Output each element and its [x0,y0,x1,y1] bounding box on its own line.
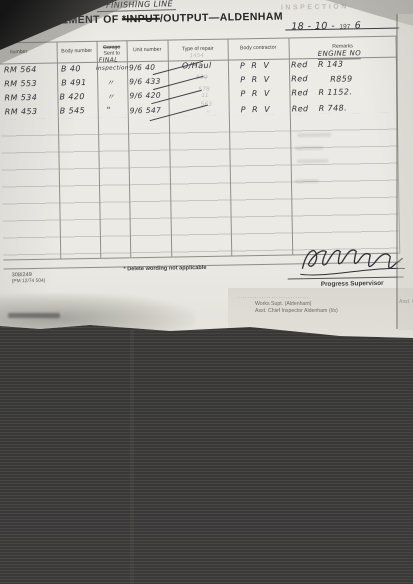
row-sent-to: inspection [96,65,129,72]
handwritten-year-digit: 6 [355,20,362,31]
col-header-unit-number: Unit number [126,40,167,62]
row-remark-red: Red [291,74,308,83]
struck-word-input: *INPUT [122,13,160,26]
right-paper-edge-line [396,14,398,329]
row-contractor: P R V [240,61,271,71]
show-through-smudge [297,133,331,138]
scanned-document-view: - FINISHING LINE EMENT OF *INPUT/OUTPUT—… [0,0,413,584]
row-repair-faint-2: 11 [201,93,208,99]
illegible-dark-mark [8,313,60,318]
row-remark-engine: R 748. [319,103,347,112]
show-through-smudge [297,159,329,164]
lower-sheet-dotted-line: .............................. [238,294,310,300]
row-body-number: B 40 [61,64,81,73]
form-number: 308/249 [12,272,32,278]
form-sheet: - FINISHING LINE EMENT OF *INPUT/OUTPUT—… [0,0,413,345]
row-body-number: B 545 [60,106,85,115]
row-fleet-number: RM 553 [4,79,37,89]
row-repair-faint-2: 〃 [205,108,211,116]
form-content: - FINISHING LINE EMENT OF *INPUT/OUTPUT—… [0,0,413,300]
col-header-body-number: Body number [57,41,97,63]
faint-inspection-stamp: INSPECTION [281,3,349,11]
row-ditto-mark: 〃 [106,78,115,89]
col-header-body-contractor: Body contractor [227,37,288,59]
row-remark-red: Red [291,88,308,97]
works-supt-label: Works Supt. (Aldenham) [255,301,311,307]
row-fleet-number: RM 453 [5,107,38,117]
row-fleet-number: RM 534 [4,93,37,103]
row-ditto-mark: " [107,106,111,115]
row-remark-engine: R 143 [318,60,344,69]
scan-artifact-band [130,330,134,584]
row-unit-number: 9/6 433 [129,77,161,87]
row-unit-number: 9/6 420 [129,91,161,101]
row-remark-red: Red [292,104,309,113]
handwritten-final: FINAL [99,56,118,63]
form-print-code: (PM 12/74 504) [12,279,46,285]
show-through-smudge [295,179,319,183]
row-ditto-mark: 〃 [106,92,115,103]
row-contractor: P R V [240,89,271,99]
row-remark-engine: R859 [330,74,353,83]
row-unit-number: 9/6 547 [130,106,162,116]
row-unit-number: 9/6 40 [129,63,156,72]
row-contractor: P R V [241,105,272,115]
row-body-number: B 491 [61,78,86,87]
handwritten-date: 18 - 10 - [291,21,335,33]
asst-chief-inspector-label: Asst. Chief Inspector Aldenham (I/s) [255,308,338,314]
row-remark-red: Red [291,60,308,69]
row-fleet-number: RM 564 [4,65,37,75]
handwritten-engine-no: ENGINE NO [318,49,362,60]
output-table: number Body number Garage Sent to Unit n… [0,36,400,260]
row-body-number: B 420 [59,92,84,101]
progress-supervisor-label: Progress Supervisor [321,280,384,288]
delete-wording-note: * Delete wording not applicable [123,265,206,272]
right-paper-edge-strip [398,14,413,330]
row-remark-engine: R 1152. [318,87,352,97]
show-through-smudge [295,146,323,150]
pencil-note: 1454 [190,53,204,59]
row-contractor: P R V [240,75,271,85]
